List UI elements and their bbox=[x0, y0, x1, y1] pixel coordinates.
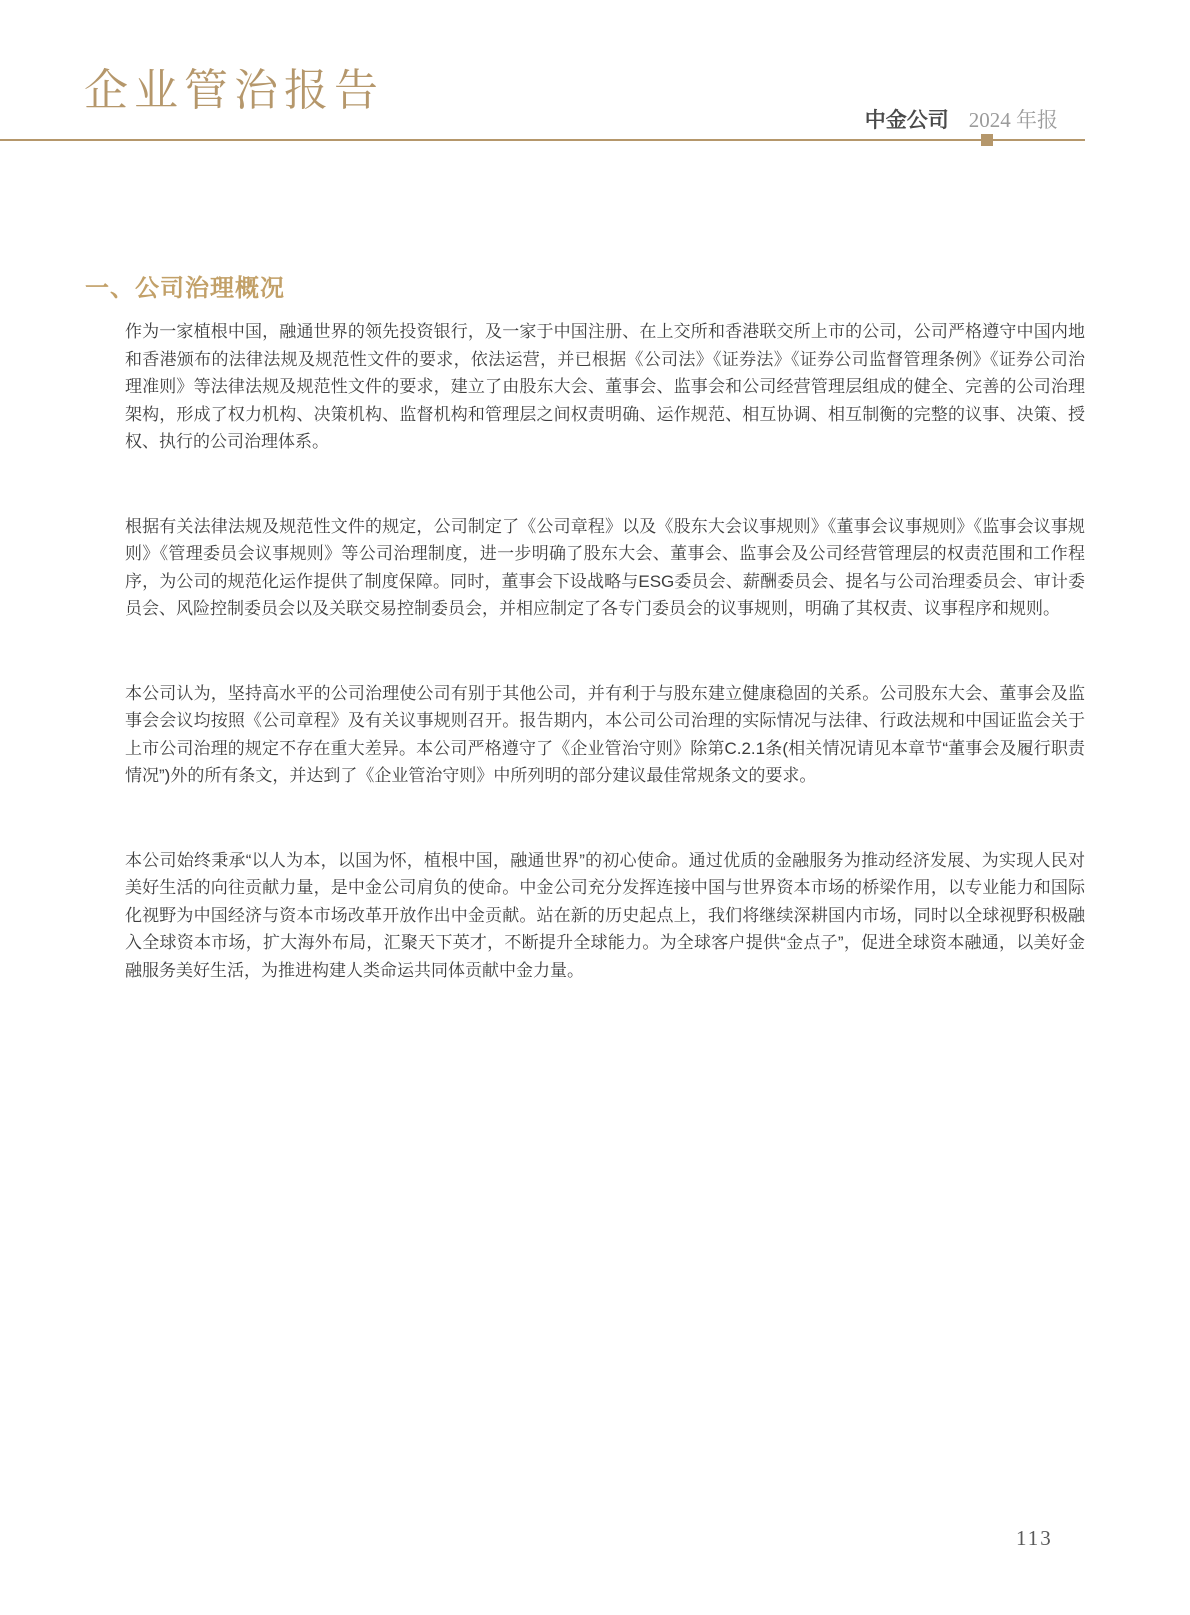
header-rule bbox=[0, 139, 1085, 141]
page-number: 113 bbox=[1016, 1526, 1053, 1551]
page-title: 企业管治报告 bbox=[84, 62, 384, 119]
company-name: 中金公司 bbox=[865, 108, 949, 132]
paragraph-governance-systems: 根据有关法律法规及规范性文件的规定，公司制定了《公司章程》以及《股东大会议事规则… bbox=[125, 513, 1085, 623]
report-page: 企业管治报告 中金公司2024 年报 一、公司治理概况 作为一家植根中国，融通世… bbox=[0, 0, 1190, 1615]
paragraph-legal-framework: 作为一家植根中国，融通世界的领先投资银行，及一家于中国注册、在上交所和香港联交所… bbox=[125, 318, 1085, 456]
header-rule-square-marker bbox=[981, 134, 993, 146]
header-meta: 中金公司2024 年报 bbox=[865, 104, 1058, 134]
section-heading-corporate-governance-overview: 一、公司治理概况 bbox=[85, 268, 285, 303]
report-edition: 2024 年报 bbox=[969, 108, 1058, 132]
paragraph-mission-statement: 本公司始终秉承“以人为本，以国为怀，植根中国，融通世界”的初心使命。通过优质的金… bbox=[125, 847, 1085, 985]
body-text: 作为一家植根中国，融通世界的领先投资银行，及一家于中国注册、在上交所和香港联交所… bbox=[125, 318, 1085, 984]
paragraph-governance-compliance: 本公司认为，坚持高水平的公司治理使公司有别于其他公司，并有利于与股东建立健康稳固… bbox=[125, 680, 1085, 790]
